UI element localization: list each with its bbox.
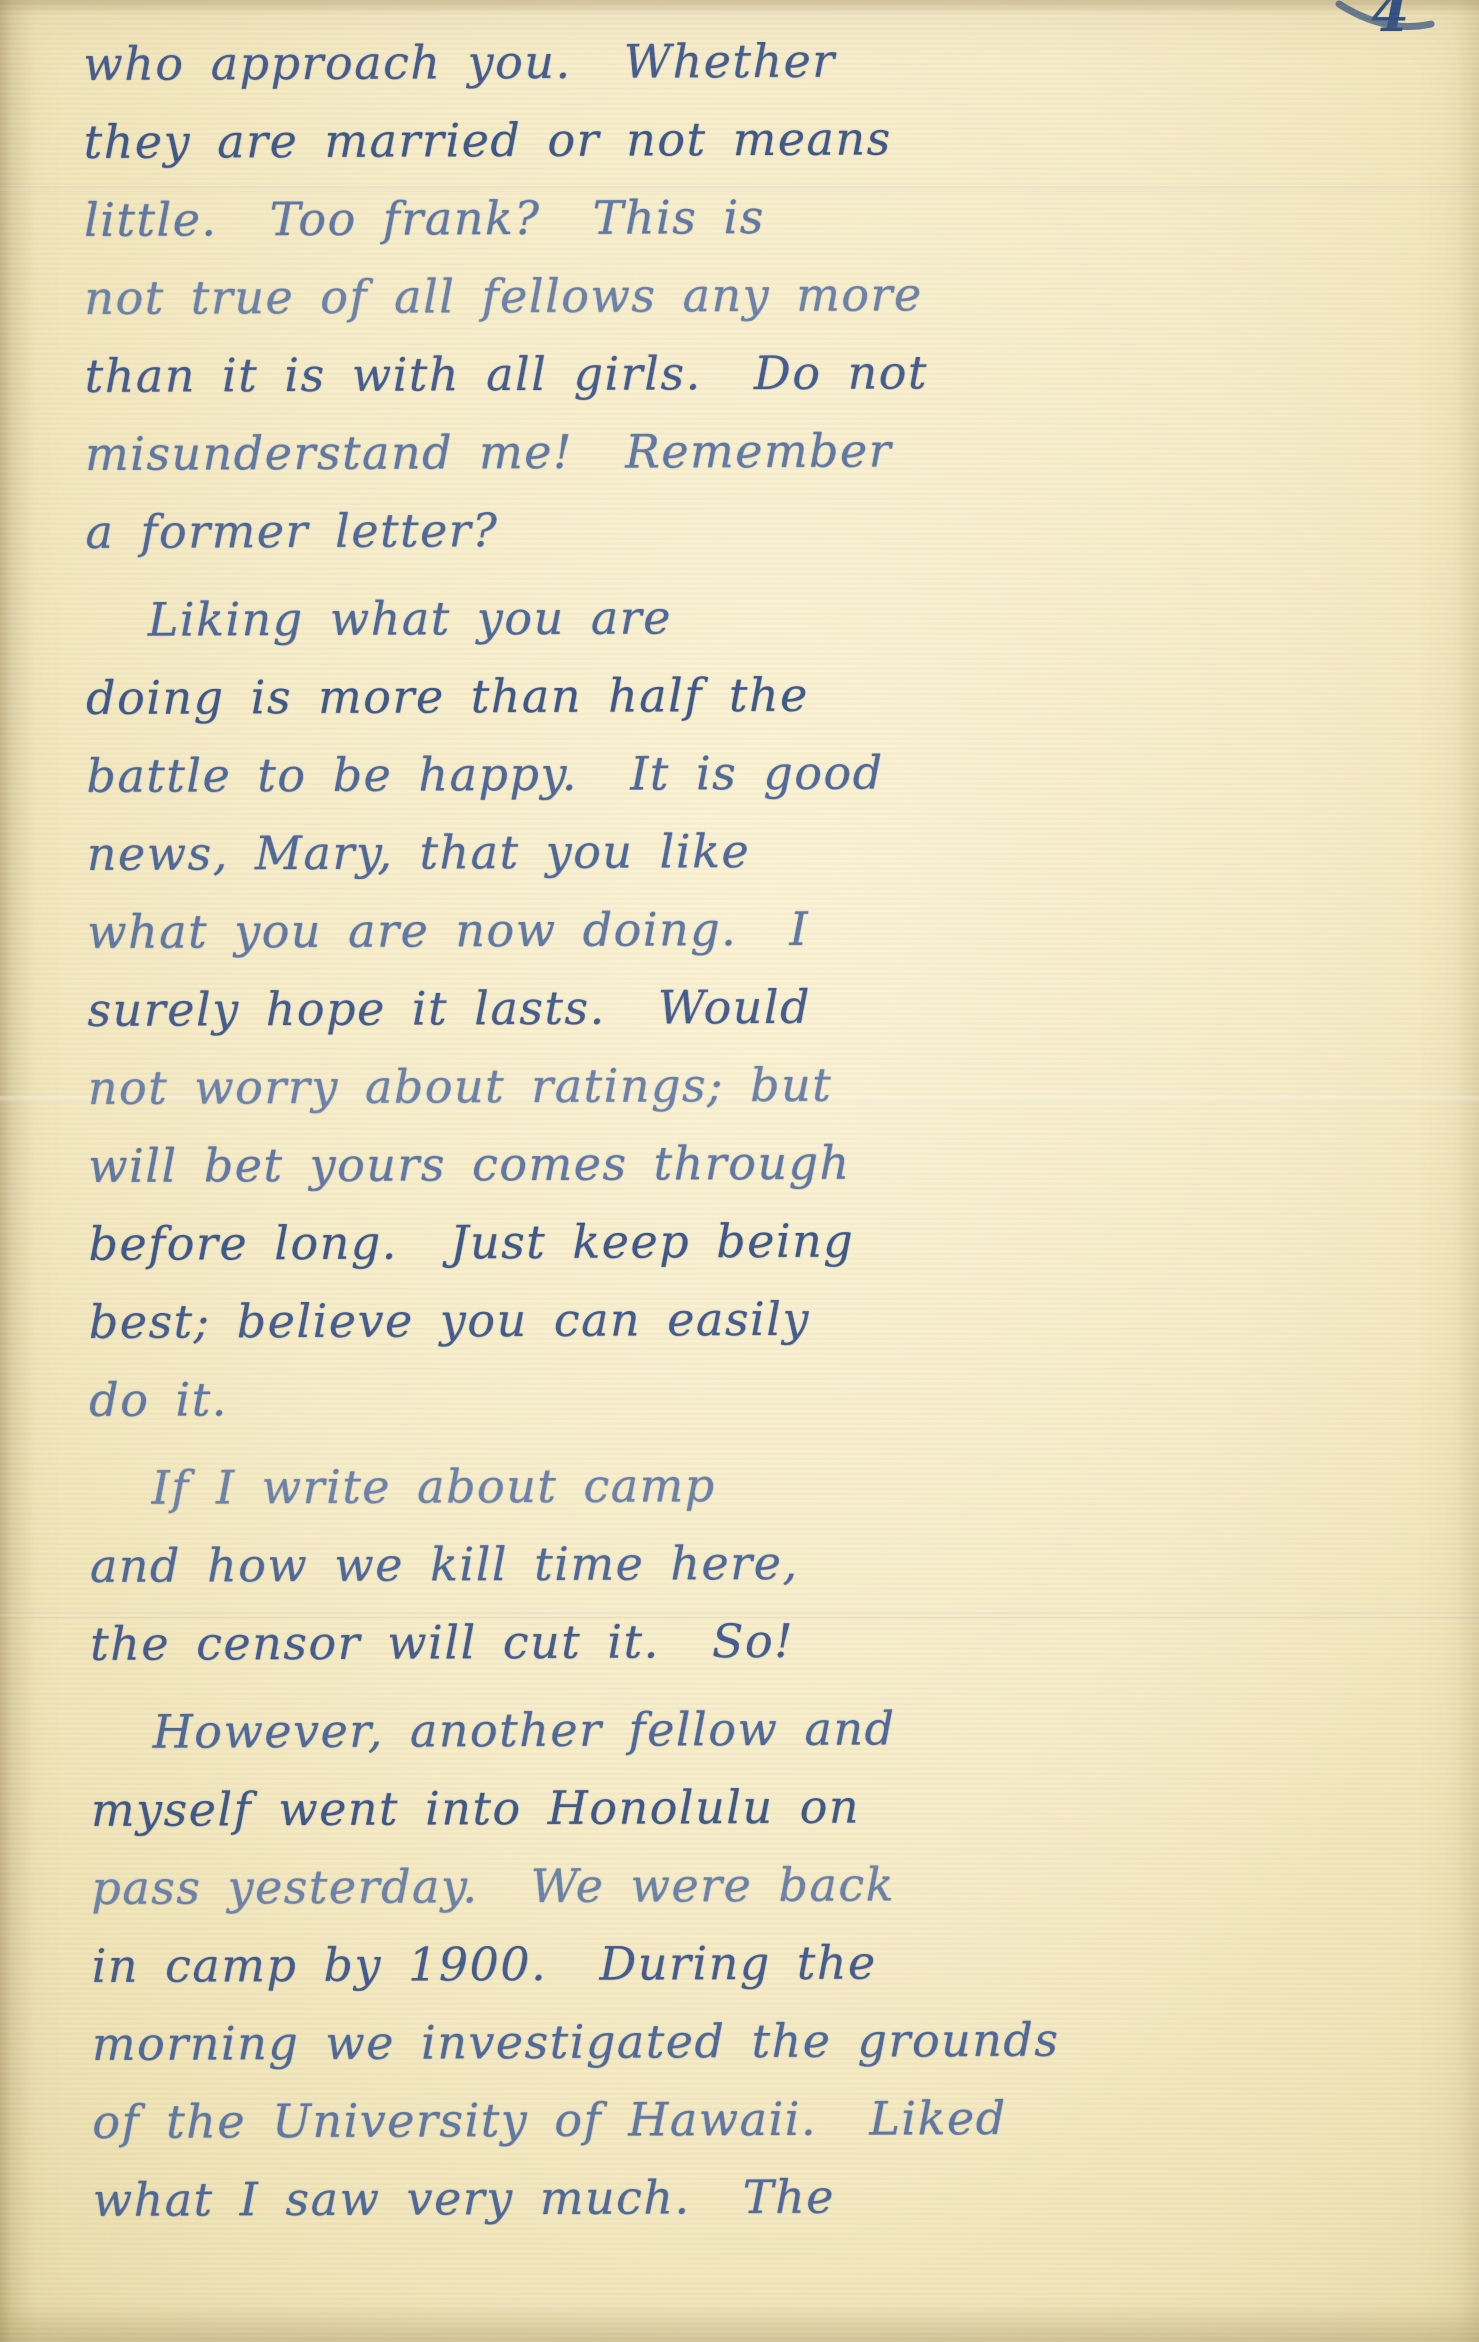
letter-line: a former letter? [85, 487, 1416, 571]
letter-line: surely hope it lasts. Would [87, 965, 1418, 1049]
letter-line: the censor will cut it. So! [90, 1599, 1421, 1683]
letter-line: what you are now doing. I [87, 887, 1418, 971]
letter-line: not true of all fellows any more [84, 253, 1415, 337]
letter-line: misunderstand me! Remember [85, 409, 1416, 493]
letter-line: what I saw very much. The [92, 2155, 1423, 2239]
letter-body: who approach you. Whetherthey are marrie… [83, 19, 1424, 2239]
letter-line: Liking what you are [86, 575, 1417, 659]
letter-line: However, another fellow and [90, 1687, 1421, 1771]
letter-line: not worry about ratings; but [88, 1043, 1419, 1127]
letter-line: myself went into Honolulu on [91, 1765, 1422, 1849]
letter-line: before long. Just keep being [88, 1199, 1419, 1283]
letter-line: will bet yours comes through [88, 1121, 1419, 1205]
letter-line: If I write about camp [89, 1443, 1420, 1527]
letter-line: doing is more than half the [86, 653, 1417, 737]
letter-line: pass yesterday. We were back [91, 1843, 1422, 1927]
letter-line: morning we investigated the grounds [92, 1999, 1423, 2083]
letter-line: who approach you. Whether [83, 19, 1414, 103]
letter-line: battle to be happy. It is good [86, 731, 1417, 815]
letter-line: do it. [89, 1355, 1420, 1439]
letter-line: than it is with all girls. Do not [85, 331, 1416, 415]
letter-line: best; believe you can easily [89, 1277, 1420, 1361]
letter-line: and how we kill time here, [90, 1521, 1421, 1605]
letter-line: in camp by 1900. During the [91, 1921, 1422, 2005]
letter-page: 4 who approach you. Whetherthey are marr… [0, 0, 1479, 2342]
letter-line: they are married or not means [84, 97, 1415, 181]
letter-line: of the University of Hawaii. Liked [92, 2077, 1423, 2161]
letter-line: little. Too frank? This is [84, 175, 1415, 259]
letter-line: news, Mary, that you like [87, 809, 1418, 893]
